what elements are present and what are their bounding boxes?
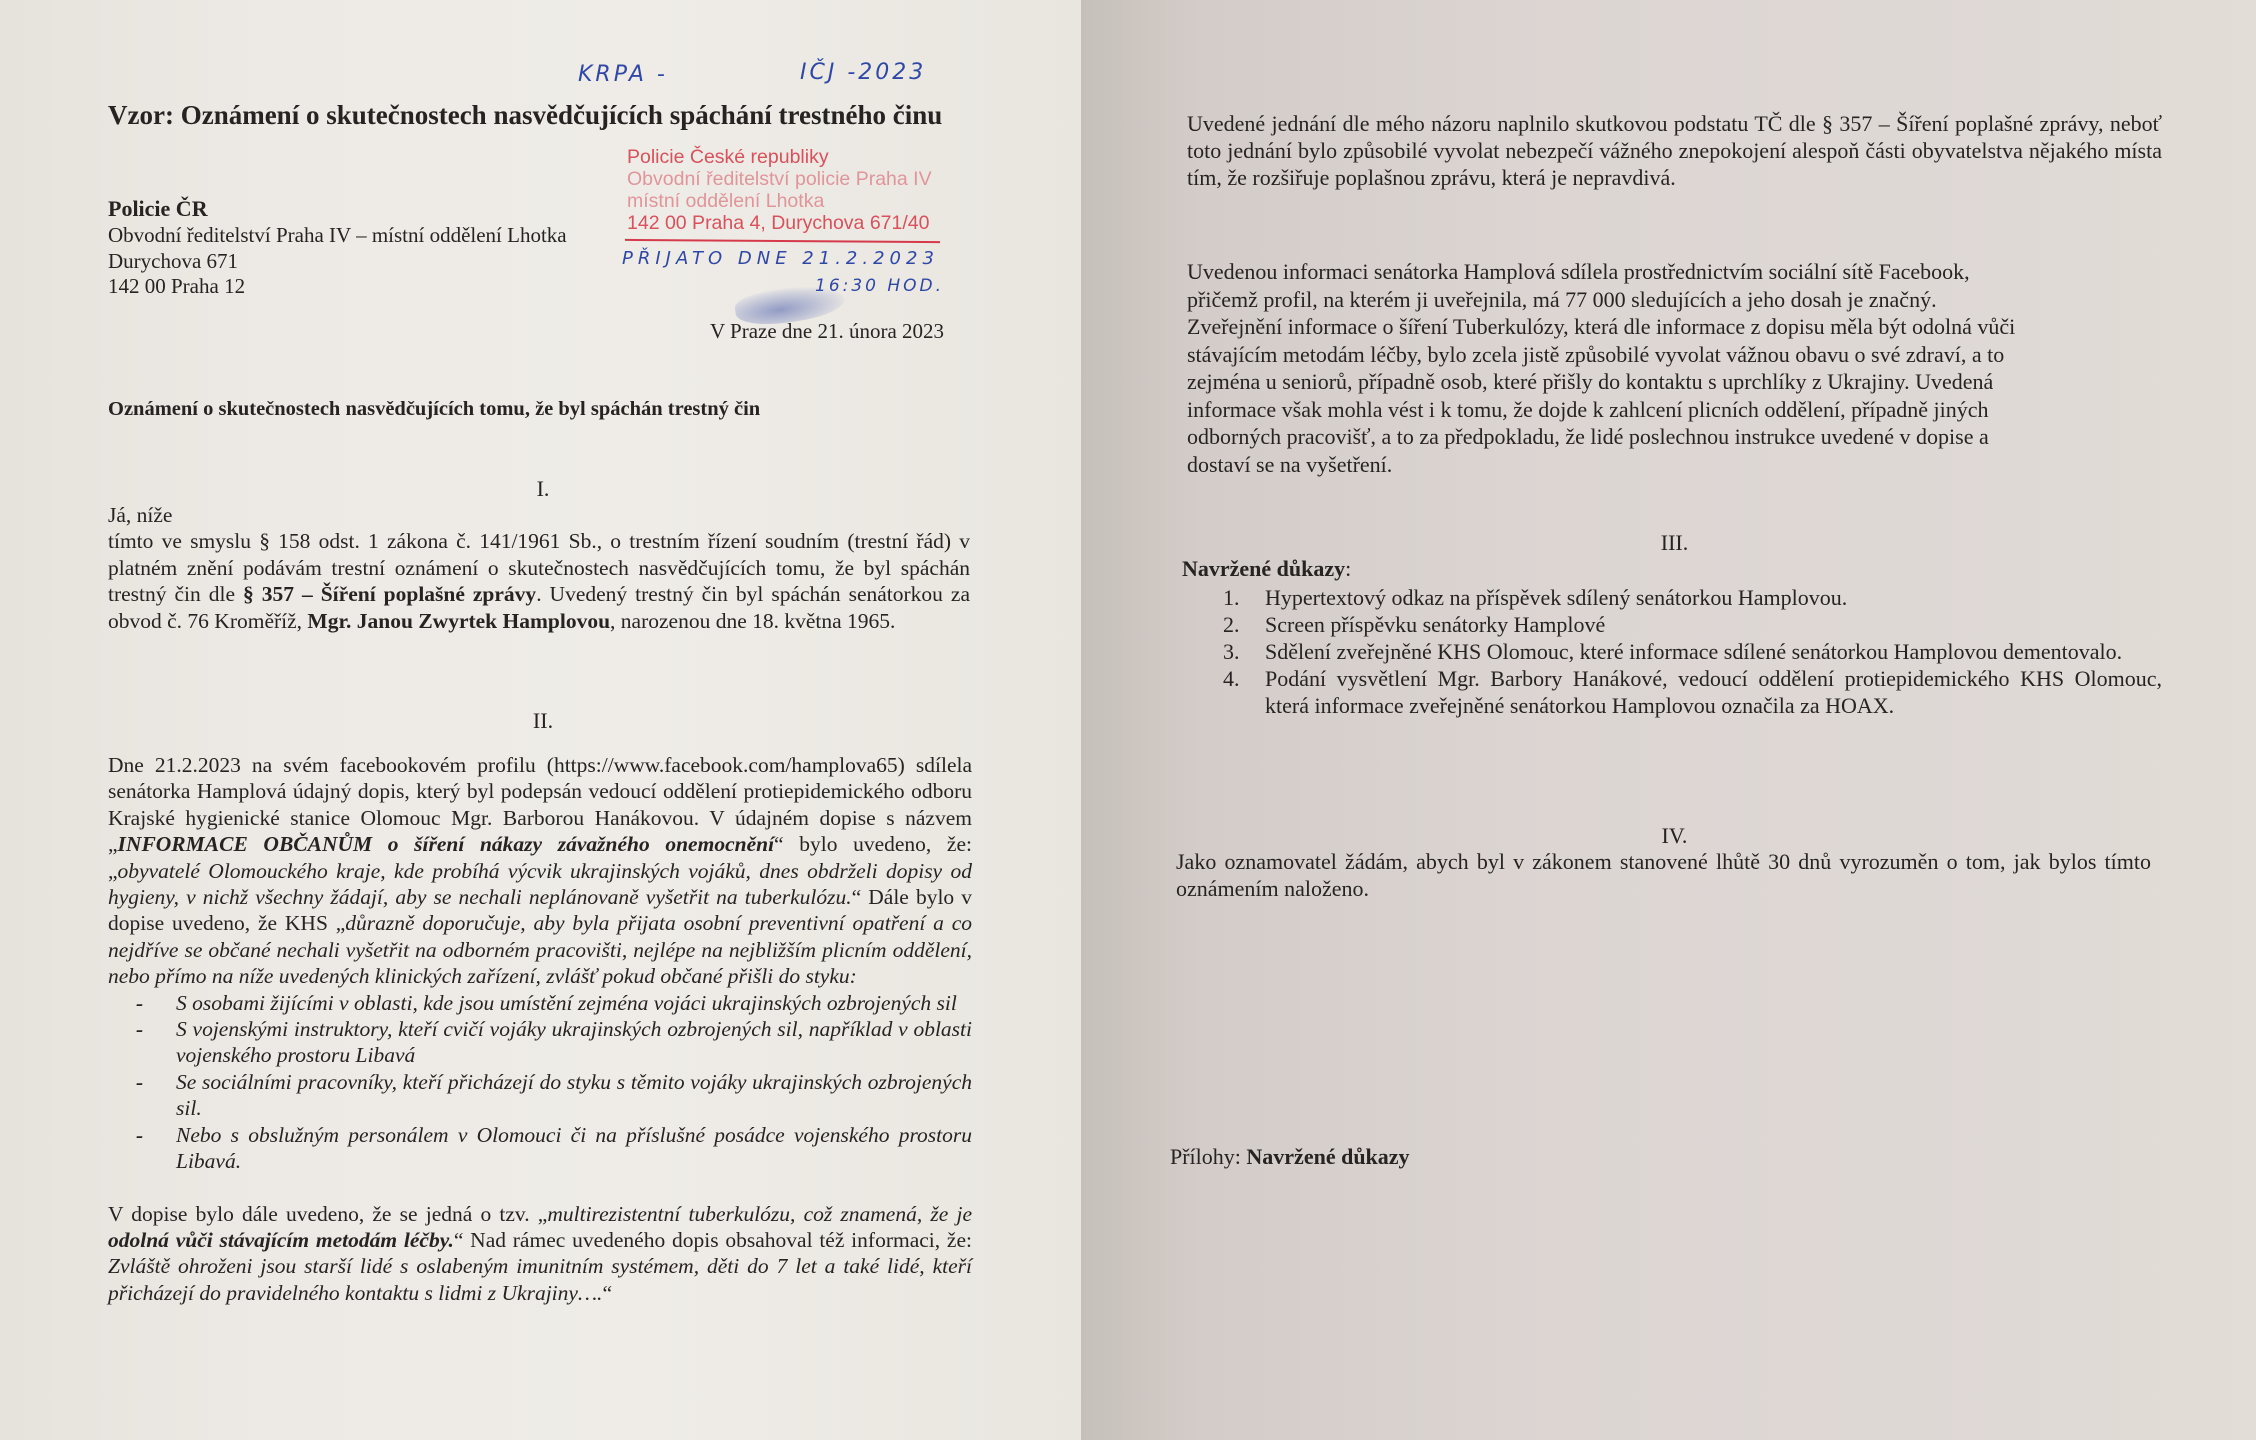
recipient-name: Policie ČR <box>108 196 208 222</box>
document-title: Vzor: Oznámení o skutečnostech nasvědčuj… <box>108 100 942 131</box>
text-line: odborných pracovišť, a to za předpokladu… <box>1187 423 2015 451</box>
body-text: “ <box>602 1281 612 1305</box>
text-line: zejména u seniorů, případně osob, které … <box>1187 368 2015 396</box>
list-item: 3.Sdělení zveřejněné KHS Olomouc, které … <box>1187 638 2162 665</box>
quoted-text: multirezistentní tuberkulózu, což znamen… <box>547 1202 972 1226</box>
list-item: Nebo s obslužným personálem v Olomouci č… <box>108 1122 972 1175</box>
paragraph: Dne 21.2.2023 na svém facebookovém profi… <box>108 752 972 990</box>
handwritten-received-date: PŘIJATO DNE 21.2.2023 <box>622 248 939 269</box>
body-text: , narozenou dne 18. května 1965. <box>610 609 895 633</box>
item-number: 3. <box>1223 638 1240 665</box>
section-label-1: I. <box>108 476 978 502</box>
section-2-body: Dne 21.2.2023 na svém facebookovém profi… <box>108 752 972 1306</box>
quoted-bullet-list: S osobami žijícími v oblasti, kde jsou u… <box>108 990 972 1175</box>
section-label-2: II. <box>108 708 978 734</box>
subheading: Oznámení o skutečnostech nasvědčujících … <box>108 396 760 422</box>
handwritten-ref-suffix: IČJ -2023 <box>800 60 926 85</box>
list-item: S vojenskými instruktory, kteří cvičí vo… <box>108 1016 972 1069</box>
colon: : <box>1345 556 1351 581</box>
item-text: Screen příspěvku senátorky Hamplové <box>1265 612 1605 637</box>
list-item: 4.Podání vysvětlení Mgr. Barbory Hanákov… <box>1187 665 2162 719</box>
stamp-line: místní oddělení Lhotka <box>627 190 932 212</box>
section-label-3: III. <box>1187 530 2162 556</box>
recipient-line: Obvodní ředitelství Praha IV – místní od… <box>108 222 567 248</box>
text-line: přičemž profil, na kterém ji uveřejnila,… <box>1187 286 2015 314</box>
text-line: Zveřejnění informace o šíření Tuberkulóz… <box>1187 313 2015 341</box>
item-number: 4. <box>1223 665 1240 692</box>
body-text: “ Nad rámec uvedeného dopis obsahoval té… <box>454 1228 972 1252</box>
paragraph-legal-assessment: Uvedené jednání dle mého názoru naplnilo… <box>1187 110 2162 191</box>
text-line: informace však mohla vést i k tomu, že d… <box>1187 396 2015 424</box>
quoted-text: obyvatelé Olomouckého kraje, kde probíhá… <box>108 859 972 909</box>
body-text: V dopise bylo dále uvedeno, že se jedná … <box>108 1202 547 1226</box>
item-number: 1. <box>1223 584 1240 611</box>
list-item: 1.Hypertextový odkaz na příspěvek sdílen… <box>1187 584 2162 611</box>
letter-title: INFORMACE OBČANŮM o šíření nákazy závažn… <box>118 832 775 856</box>
list-item: S osobami žijícími v oblasti, kde jsou u… <box>108 990 972 1016</box>
accused-name: Mgr. Janou Zwyrtek Hamplovou <box>307 609 610 633</box>
recipient-line: 142 00 Praha 12 <box>108 273 245 299</box>
attachments-value: Navržené důkazy <box>1246 1144 1409 1169</box>
list-item: 2.Screen příspěvku senátorky Hamplové <box>1187 611 2162 638</box>
item-text: Hypertextový odkaz na příspěvek sdílený … <box>1265 585 1847 610</box>
item-text: Podání vysvětlení Mgr. Barbory Hanákové,… <box>1265 666 2162 718</box>
item-text: Sdělení zveřejněné KHS Olomouc, které in… <box>1265 639 2122 664</box>
section-label-4: IV. <box>1187 823 2162 849</box>
offence-name: § 357 – Šíření poplašné zprávy <box>243 582 536 606</box>
document-page-right: Uvedené jednání dle mého názoru naplnilo… <box>1081 0 2256 1440</box>
attachments-label: Přílohy: <box>1170 1144 1246 1169</box>
quoted-emphasis: odolná vůči stávajícím metodám léčby. <box>108 1228 454 1252</box>
item-number: 2. <box>1223 611 1240 638</box>
police-received-stamp: Policie České republiky Obvodní ředitels… <box>627 146 932 234</box>
text-line: stávajícím metodám léčby, bylo zcela jis… <box>1187 341 2015 369</box>
handwritten-ref-prefix: KRPA - <box>578 62 668 87</box>
recipient-line: Durychova 671 <box>108 248 238 274</box>
quoted-text: Zvláště ohroženi jsou starší lidé s osla… <box>108 1254 972 1304</box>
paragraph: V dopise bylo dále uvedeno, že se jedná … <box>108 1201 972 1307</box>
paragraph-reach: Uvedenou informaci senátorka Hamplová sd… <box>1187 258 2015 478</box>
place-date: V Praze dne 21. února 2023 <box>710 318 944 344</box>
notification-request: Jako oznamovatel žádám, abych byl v záko… <box>1176 848 2151 902</box>
section-1-body: Já, níže tímto ve smyslu § 158 odst. 1 z… <box>108 502 970 634</box>
stamp-line: Obvodní ředitelství policie Praha IV <box>627 168 932 190</box>
text-line: dostaví se na vyšetření. <box>1187 451 2015 479</box>
evidence-list: 1.Hypertextový odkaz na příspěvek sdílen… <box>1187 584 2162 719</box>
document-page-left: KRPA - IČJ -2023 Vzor: Oznámení o skuteč… <box>0 0 1081 1440</box>
list-item: Se sociálními pracovníky, kteří přicháze… <box>108 1069 972 1122</box>
evidence-heading-text: Navržené důkazy <box>1182 556 1345 581</box>
attachments: Přílohy: Navržené důkazy <box>1170 1144 1410 1170</box>
stamp-underline <box>625 239 940 243</box>
intro-text: Já, níže <box>108 502 970 528</box>
stamp-line: 142 00 Praha 4, Durychova 671/40 <box>627 212 932 234</box>
evidence-heading: Navržené důkazy: <box>1182 556 1351 582</box>
text-line: Uvedenou informaci senátorka Hamplová sd… <box>1187 258 2015 286</box>
stamp-line: Policie České republiky <box>627 146 932 168</box>
